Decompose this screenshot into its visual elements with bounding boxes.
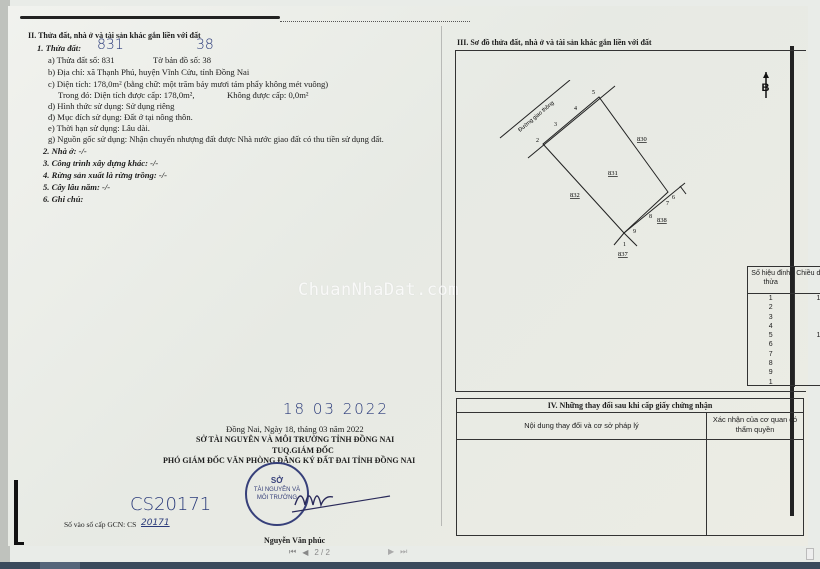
first-page-button[interactable]: ⏮ xyxy=(289,547,296,557)
vertex-cell: 1 xyxy=(748,378,794,387)
svg-text:2: 2 xyxy=(536,138,539,144)
length-cell: 0,95 xyxy=(795,340,820,349)
svg-text:3: 3 xyxy=(554,122,557,128)
place-date: Đồng Nai, Ngày 18, tháng 03 năm 2022 xyxy=(226,425,364,434)
vertex-cell: 7 xyxy=(748,350,794,359)
svg-text:B: B xyxy=(762,82,770,94)
parcel-diagram: Đường giao thông 831 830 832 837 838 1 2… xyxy=(490,80,710,260)
watermark: ChuanNhaDat.com xyxy=(298,280,459,300)
pager-right: ▶ ⏭ xyxy=(388,547,407,557)
page-left-bracket xyxy=(14,480,24,545)
item-planted-forest: 4. Rừng sản xuất là rừng trồng: -/- xyxy=(43,171,167,180)
svg-text:9: 9 xyxy=(633,229,636,235)
vertex-length-table: Số hiệu đỉnh thửa Chiều dài (m) 12345678… xyxy=(747,266,820,386)
page-top-dotted-rule xyxy=(280,21,470,23)
vertex-cell: 2 xyxy=(748,303,794,312)
svg-text:5: 5 xyxy=(592,90,595,96)
parcel-number: a) Thửa đất số: 831 xyxy=(48,56,115,65)
svg-text:8: 8 xyxy=(649,214,652,220)
signature-icon xyxy=(290,480,400,520)
handwritten-sheet: 38 xyxy=(196,38,214,52)
area-not-granted: Không được cấp: 0,0m² xyxy=(227,91,308,100)
section3-heading: III. Sơ đồ thửa đất, nhà ở và tài sản kh… xyxy=(457,39,652,47)
vertex-cell: 9 xyxy=(748,368,794,377)
next-page-button[interactable]: ▶ xyxy=(388,547,394,557)
tuq-director: TUQ.GIÁM ĐỐC xyxy=(272,447,334,455)
handwritten-parcel: 831 xyxy=(97,38,124,52)
item-perennial-trees: 5. Cây lâu năm: -/- xyxy=(43,183,110,192)
svg-text:4: 4 xyxy=(574,106,577,112)
vertex-cell: 6 xyxy=(748,340,794,349)
length-cell: 3,50 xyxy=(795,303,820,312)
vertex-cell: 4 xyxy=(748,322,794,331)
handwritten-date: 18 03 2022 xyxy=(283,402,389,417)
agency-name: SỞ TÀI NGUYÊN VÀ MÔI TRƯỜNG TỈNH ĐỒNG NA… xyxy=(196,436,394,444)
vertex-cell: 3 xyxy=(748,313,794,322)
changes-table: IV. Những thay đổi sau khi cấp giấy chứn… xyxy=(456,398,804,536)
page-top-rule xyxy=(20,16,280,19)
svg-text:Đường giao thông: Đường giao thông xyxy=(517,100,555,133)
address: b) Địa chỉ: xã Thạnh Phú, huyện Vĩnh Cửu… xyxy=(48,68,249,77)
svg-text:837: 837 xyxy=(618,251,629,258)
column-divider xyxy=(441,26,442,526)
length-cell: 3,49 xyxy=(795,350,820,359)
page-indicator[interactable]: 2 / 2 xyxy=(314,548,330,557)
usage-form: d) Hình thức sử dụng: Sử dụng riêng xyxy=(48,102,174,111)
confirmation-cell xyxy=(707,440,803,535)
svg-text:7: 7 xyxy=(666,201,669,207)
taskbar xyxy=(0,562,820,569)
col-change-content: Nội dung thay đổi và cơ sở pháp lý xyxy=(457,413,707,439)
col-confirmation: Xác nhận của cơ quan có thẩm quyền xyxy=(707,413,803,439)
change-content-cell xyxy=(457,440,707,535)
scrollbar[interactable] xyxy=(806,548,814,560)
usage-purpose: đ) Mục đích sử dụng: Đất ở tại nông thôn… xyxy=(48,113,193,122)
vertex-cell: 1 xyxy=(748,294,794,303)
length-cell: 3,35 xyxy=(795,322,820,331)
col-vertex-header: Số hiệu đỉnh thửa xyxy=(748,267,795,293)
length-cell: 18,00 xyxy=(795,294,820,303)
pager: ⏮ ◀ 2 / 2 xyxy=(289,547,330,557)
handwritten-registry-code: CS20171 xyxy=(130,496,211,514)
length-cell: 1,61 xyxy=(795,368,820,377)
svg-text:831: 831 xyxy=(608,170,618,177)
registry-label: Số vào sổ cấp GCN: CS xyxy=(64,521,136,529)
last-page-button[interactable]: ⏭ xyxy=(400,547,407,557)
area: c) Diện tích: 178,0m² (bằng chữ: một tră… xyxy=(48,80,328,89)
length-cell: 2,96 xyxy=(795,359,820,368)
taskbar-item[interactable] xyxy=(40,562,80,569)
usage-origin: g) Nguồn gốc sử dụng: Nhận chuyển nhượng… xyxy=(48,135,384,144)
signer-name: Nguyễn Văn phúc xyxy=(264,537,325,545)
svg-text:6: 6 xyxy=(672,195,675,201)
area-granted: Trong đó: Diện tích được cấp: 178,0m², xyxy=(58,91,195,100)
map-sheet-number: Tờ bản đồ số: 38 xyxy=(153,56,211,65)
item-other-construction: 3. Công trình xây dựng khác: -/- xyxy=(43,159,158,168)
usage-term: e) Thời hạn sử dụng: Lâu dài. xyxy=(48,124,150,133)
item-notes: 6. Ghi chú: xyxy=(43,195,83,204)
length-cell: 18,00 xyxy=(795,331,820,340)
prev-page-button[interactable]: ◀ xyxy=(302,548,308,557)
registry-value: 20171 xyxy=(141,519,170,528)
length-cell xyxy=(795,378,820,387)
col-length-header: Chiều dài (m) xyxy=(795,267,820,293)
section4-heading: IV. Những thay đổi sau khi cấp giấy chứn… xyxy=(457,399,803,413)
north-arrow-icon: B xyxy=(759,72,773,103)
vertex-cell: 5 xyxy=(748,331,794,340)
item1-label: 1. Thửa đất: xyxy=(37,44,81,53)
svg-text:832: 832 xyxy=(570,192,580,199)
svg-text:838: 838 xyxy=(657,217,667,224)
length-cell: 3,92 xyxy=(795,313,820,322)
svg-text:830: 830 xyxy=(637,136,647,143)
vertex-cell: 8 xyxy=(748,359,794,368)
svg-text:1: 1 xyxy=(623,242,626,248)
item-house: 2. Nhà ở: -/- xyxy=(43,147,87,156)
